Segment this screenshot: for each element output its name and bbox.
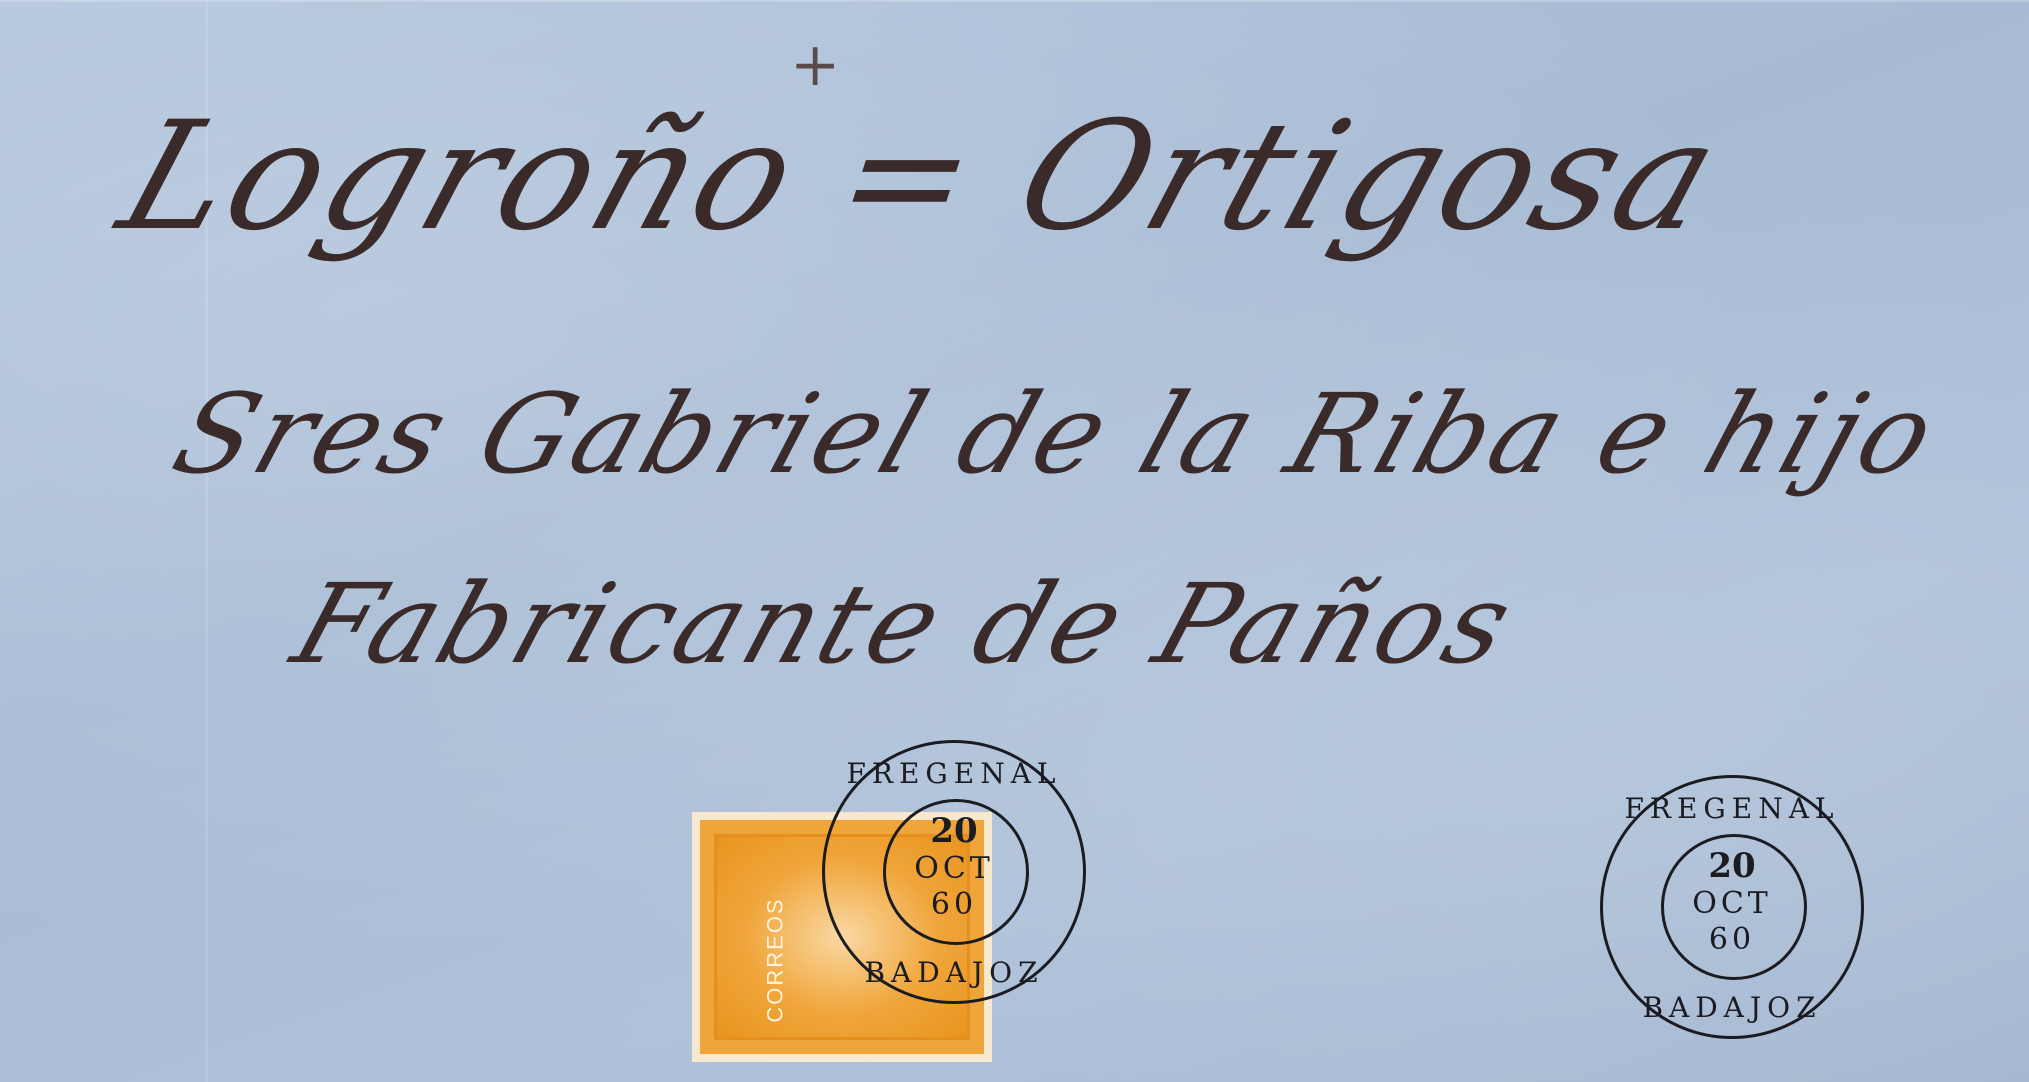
address-line-3: Fabricante de Paños bbox=[279, 560, 1530, 688]
postmark-province: BADAJOZ bbox=[1603, 991, 1861, 1024]
paper-fold bbox=[0, 0, 2029, 2]
postmark-2: FREGENAL 20 OCT 60 BADAJOZ bbox=[1600, 775, 1864, 1039]
letter-cover: + Logroño = Ortigosa Sres Gabriel de la … bbox=[0, 0, 2029, 1082]
postmark-town: FREGENAL bbox=[825, 757, 1083, 790]
postmark-month: OCT bbox=[825, 851, 1083, 886]
postmark-town: FREGENAL bbox=[1603, 792, 1861, 825]
postmark-month: OCT bbox=[1603, 886, 1861, 921]
address-line-2: Sres Gabriel de la Riba e hijo bbox=[159, 370, 1954, 498]
postmark-day: 20 bbox=[825, 811, 1083, 851]
address-line-1: Logroño = Ortigosa bbox=[102, 90, 1742, 264]
postmark-day: 20 bbox=[1603, 846, 1861, 886]
postmark-1: FREGENAL 20 OCT 60 BADAJOZ bbox=[822, 740, 1086, 1004]
stamp-label: CORREOS bbox=[763, 897, 789, 1022]
postmark-year: 60 bbox=[825, 887, 1083, 922]
postmark-year: 60 bbox=[1603, 922, 1861, 957]
postmark-province: BADAJOZ bbox=[825, 956, 1083, 989]
